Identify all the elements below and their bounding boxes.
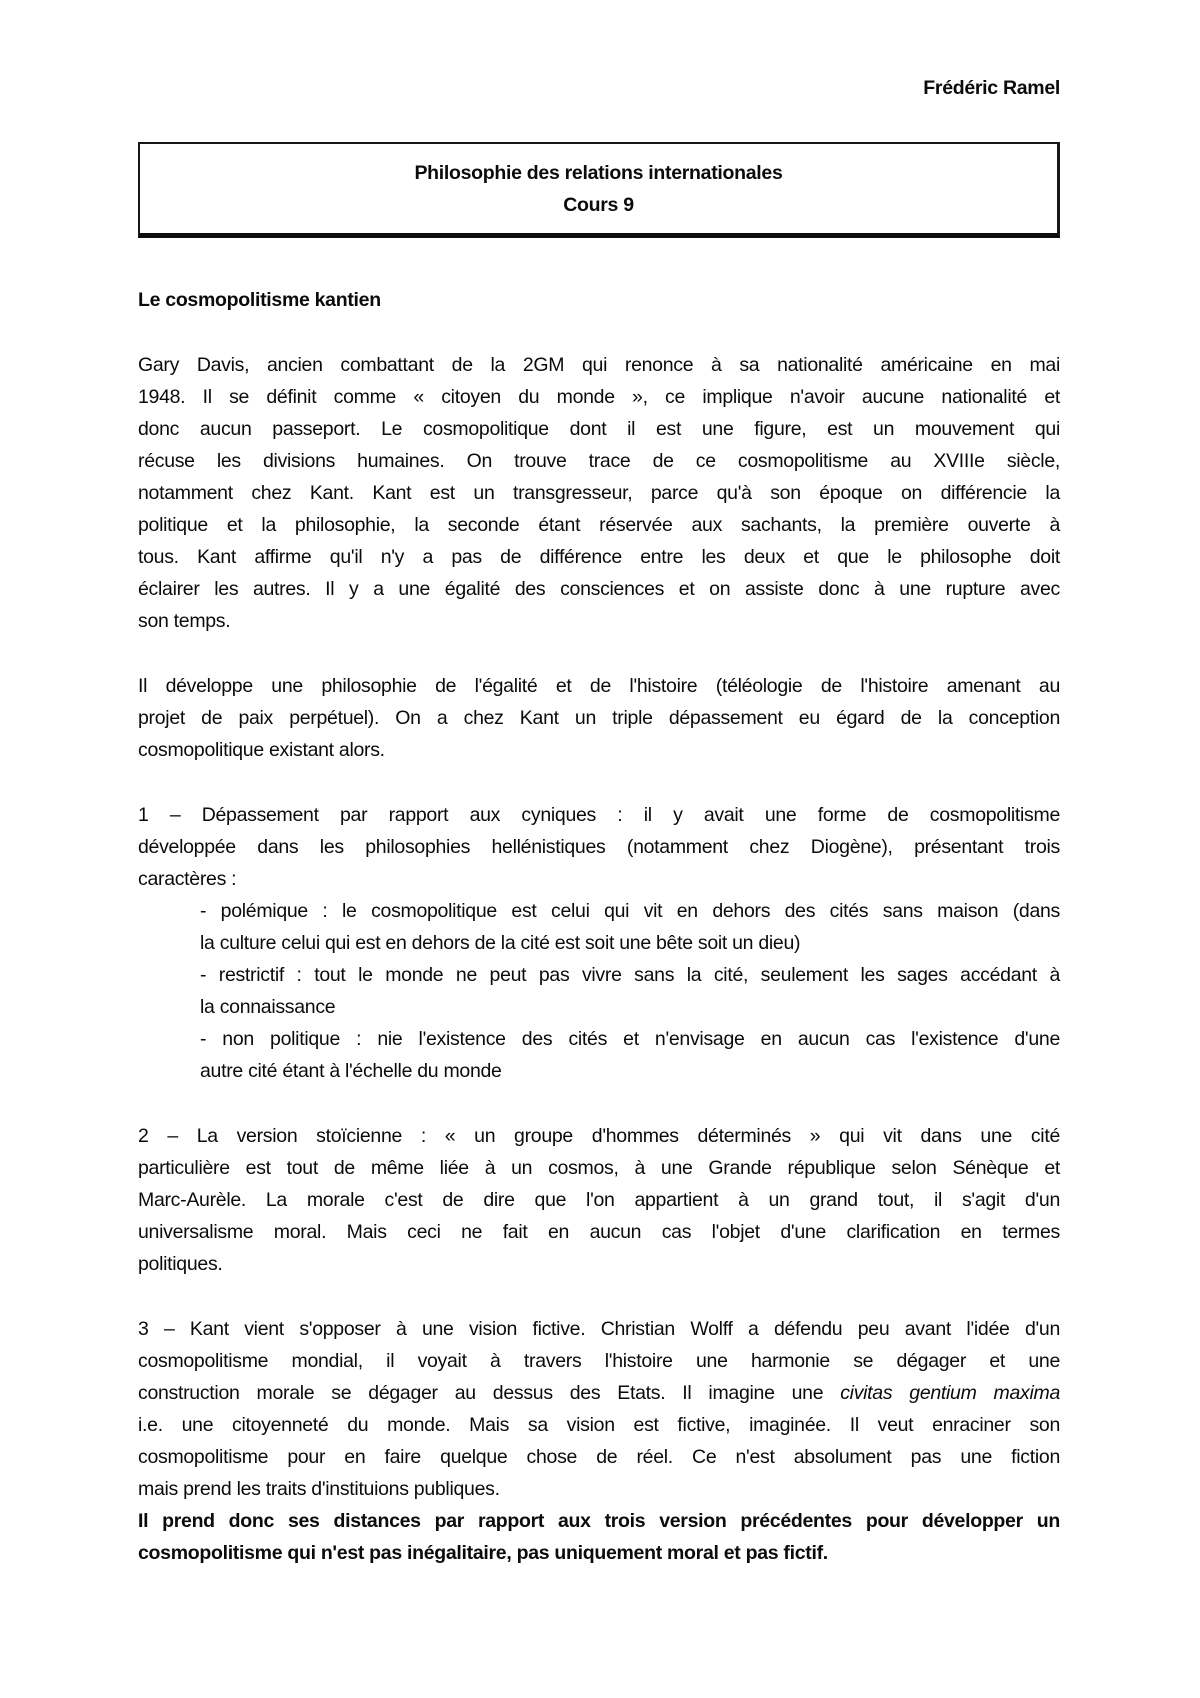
- text-line: politique et la philosophie, la seconde …: [138, 509, 1060, 541]
- text-line: autre cité étant à l'échelle du monde: [200, 1055, 1060, 1087]
- text-line: cosmopolitisme qui n'est pas inégalitair…: [138, 1537, 1060, 1569]
- course-title-box: Philosophie des relations internationale…: [138, 142, 1060, 238]
- text-segment: son temps.: [138, 610, 230, 632]
- section-heading: Le cosmopolitisme kantien: [138, 284, 1060, 316]
- text-line: donc aucun passeport. Le cosmopolitique …: [138, 413, 1060, 445]
- text-line: cosmopolitique existant alors.: [138, 734, 1060, 766]
- text-line: notamment chez Kant. Kant est un transgr…: [138, 477, 1060, 509]
- text-line: particulière est tout de même liée à un …: [138, 1152, 1060, 1184]
- text-line: développée dans les philosophies helléni…: [138, 831, 1060, 863]
- paragraph: 3 – Kant vient s'opposer à une vision fi…: [138, 1313, 1060, 1569]
- text-line: tous. Kant affirme qu'il n'y a pas de di…: [138, 541, 1060, 573]
- text-segment: la connaissance: [200, 996, 335, 1018]
- text-segment: - polémique : le cosmopolitique est celu…: [200, 900, 1060, 922]
- document-page: Frédéric Ramel Philosophie des relations…: [0, 0, 1200, 1698]
- course-number: Cours 9: [150, 189, 1047, 221]
- text-line: - polémique : le cosmopolitique est celu…: [200, 895, 1060, 927]
- text-segment: cosmopolitisme qui n'est pas inégalitair…: [138, 1542, 828, 1564]
- author-name: Frédéric Ramel: [138, 72, 1060, 104]
- text-line: 1 – Dépassement par rapport aux cyniques…: [138, 799, 1060, 831]
- text-segment: la culture celui qui est en dehors de la…: [200, 932, 800, 954]
- text-line: - restrictif : tout le monde ne peut pas…: [200, 959, 1060, 991]
- text-segment: Il développe une philosophie de l'égalit…: [138, 675, 1060, 697]
- text-segment: tous. Kant affirme qu'il n'y a pas de di…: [138, 546, 1060, 568]
- text-line: Marc-Aurèle. La morale c'est de dire que…: [138, 1184, 1060, 1216]
- text-line: cosmopolitisme pour en faire quelque cho…: [138, 1441, 1060, 1473]
- list-item: - restrictif : tout le monde ne peut pas…: [138, 959, 1060, 1023]
- text-segment: cosmopolitisme pour en faire quelque cho…: [138, 1446, 1060, 1468]
- text-segment: donc aucun passeport. Le cosmopolitique …: [138, 418, 1060, 440]
- text-line: Il développe une philosophie de l'égalit…: [138, 670, 1060, 702]
- text-segment: récuse les divisions humaines. On trouve…: [138, 450, 1060, 472]
- text-line: politiques.: [138, 1248, 1060, 1280]
- paragraphs: Gary Davis, ancien combattant de la 2GM …: [138, 349, 1060, 1569]
- text-segment: Gary Davis, ancien combattant de la 2GM …: [138, 354, 1060, 376]
- text-segment: 1948. Il se définit comme « citoyen du m…: [138, 386, 1060, 408]
- text-segment: cosmopolitique existant alors.: [138, 739, 385, 761]
- text-line: éclairer les autres. Il y a une égalité …: [138, 573, 1060, 605]
- text-line: son temps.: [138, 605, 1060, 637]
- text-line: la connaissance: [200, 991, 1060, 1023]
- text-line: cosmopolitisme mondial, il voyait à trav…: [138, 1345, 1060, 1377]
- text-line: 1948. Il se définit comme « citoyen du m…: [138, 381, 1060, 413]
- text-line: - non politique : nie l'existence des ci…: [200, 1023, 1060, 1055]
- text-segment: projet de paix perpétuel). On a chez Kan…: [138, 707, 1060, 729]
- text-segment: politique et la philosophie, la seconde …: [138, 514, 1060, 536]
- text-segment: i.e. une citoyenneté du monde. Mais sa v…: [138, 1414, 1060, 1436]
- text-segment: universalisme moral. Mais ceci ne fait e…: [138, 1221, 1060, 1243]
- text-line: la culture celui qui est en dehors de la…: [200, 927, 1060, 959]
- text-line: 3 – Kant vient s'opposer à une vision fi…: [138, 1313, 1060, 1345]
- paragraph: Gary Davis, ancien combattant de la 2GM …: [138, 349, 1060, 637]
- text-segment: autre cité étant à l'échelle du monde: [200, 1060, 502, 1082]
- text-segment: construction morale se dégager au dessus…: [138, 1382, 840, 1404]
- text-line: 2 – La version stoïcienne : « un groupe …: [138, 1120, 1060, 1152]
- paragraph: 1 – Dépassement par rapport aux cyniques…: [138, 799, 1060, 895]
- text-line: construction morale se dégager au dessus…: [138, 1377, 1060, 1409]
- text-line: mais prend les traits d'instituions publ…: [138, 1473, 1060, 1505]
- paragraph: 2 – La version stoïcienne : « un groupe …: [138, 1120, 1060, 1280]
- text-segment: Marc-Aurèle. La morale c'est de dire que…: [138, 1189, 1060, 1211]
- text-line: Gary Davis, ancien combattant de la 2GM …: [138, 349, 1060, 381]
- text-segment: notamment chez Kant. Kant est un transgr…: [138, 482, 1060, 504]
- list-item: - polémique : le cosmopolitique est celu…: [138, 895, 1060, 959]
- text-segment: mais prend les traits d'instituions publ…: [138, 1478, 500, 1500]
- text-segment: civitas gentium maxima: [840, 1382, 1060, 1404]
- text-line: récuse les divisions humaines. On trouve…: [138, 445, 1060, 477]
- text-line: projet de paix perpétuel). On a chez Kan…: [138, 702, 1060, 734]
- text-segment: 1 – Dépassement par rapport aux cyniques…: [138, 804, 1060, 826]
- text-segment: 2 – La version stoïcienne : « un groupe …: [138, 1125, 1060, 1147]
- text-segment: particulière est tout de même liée à un …: [138, 1157, 1060, 1179]
- text-segment: politiques.: [138, 1253, 223, 1275]
- text-segment: - restrictif : tout le monde ne peut pas…: [200, 964, 1060, 986]
- text-line: universalisme moral. Mais ceci ne fait e…: [138, 1216, 1060, 1248]
- list-item: - non politique : nie l'existence des ci…: [138, 1023, 1060, 1087]
- text-segment: - non politique : nie l'existence des ci…: [200, 1028, 1060, 1050]
- text-segment: Il prend donc ses distances par rapport …: [138, 1510, 1060, 1532]
- course-title: Philosophie des relations internationale…: [150, 157, 1047, 189]
- text-segment: éclairer les autres. Il y a une égalité …: [138, 578, 1060, 600]
- paragraph: Il développe une philosophie de l'égalit…: [138, 670, 1060, 766]
- text-line: Il prend donc ses distances par rapport …: [138, 1505, 1060, 1537]
- text-segment: développée dans les philosophies helléni…: [138, 836, 1060, 858]
- text-segment: 3 – Kant vient s'opposer à une vision fi…: [138, 1318, 1060, 1340]
- text-line: i.e. une citoyenneté du monde. Mais sa v…: [138, 1409, 1060, 1441]
- text-line: caractères :: [138, 863, 1060, 895]
- text-segment: caractères :: [138, 868, 236, 890]
- text-segment: cosmopolitisme mondial, il voyait à trav…: [138, 1350, 1060, 1372]
